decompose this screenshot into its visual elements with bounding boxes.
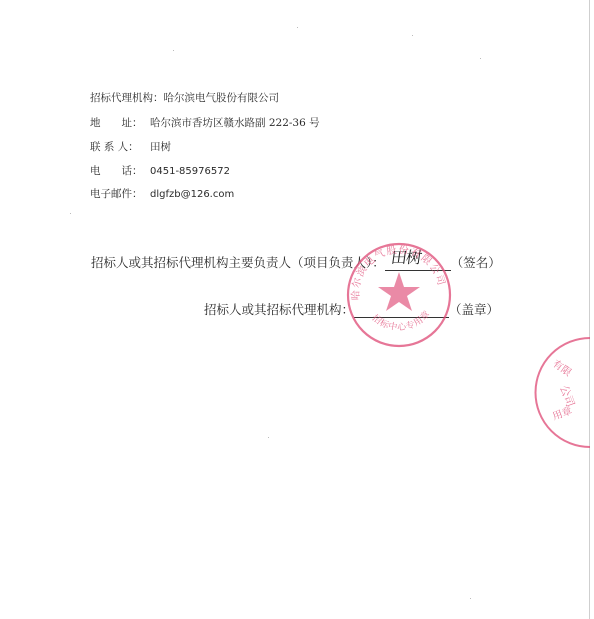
phone-label: 电 话：: [90, 164, 150, 178]
signature-suffix: （签名）: [451, 255, 501, 270]
seal-field: [354, 303, 449, 318]
phone-value: 0451-85976572: [150, 166, 230, 177]
address-label: 地 址：: [90, 116, 150, 130]
partial-edge-stamp: 有限 公司 用章: [530, 335, 590, 450]
svg-text:有限: 有限: [550, 357, 574, 379]
email-line: 电子邮件：dlgfzb@126.com: [90, 187, 234, 202]
svg-text:公司: 公司: [557, 384, 577, 409]
address-value: 哈尔滨市香坊区赣水路副 222-36 号: [150, 117, 320, 129]
responsible-person-label: 招标人或其招标代理机构主要负责人（项目负责人）：: [91, 255, 385, 270]
seal-suffix: （盖章）: [449, 302, 499, 317]
agency-seal-line: 招标人或其招标代理机构：（盖章）: [204, 302, 499, 318]
agency-name-line: 招标代理机构：哈尔滨电气股份有限公司: [90, 91, 279, 105]
responsible-person-signature-line: 招标人或其招标代理机构主要负责人（项目负责人）：田树（签名）: [91, 255, 501, 271]
contact-value: 田树: [150, 141, 171, 153]
agency-seal-label: 招标人或其招标代理机构：: [204, 302, 354, 317]
phone-line: 电 话：0451-85976572: [90, 164, 230, 179]
svg-text:用章: 用章: [551, 404, 574, 423]
address-line: 地 址：哈尔滨市香坊区赣水路副 222-36 号: [90, 116, 320, 130]
handwritten-signature: 田树: [390, 250, 422, 266]
email-label: 电子邮件：: [90, 187, 150, 201]
contact-line: 联 系 人：田树: [90, 140, 171, 154]
agency-name-label: 招标代理机构：: [90, 92, 164, 104]
contact-label: 联 系 人：: [90, 140, 150, 154]
email-value: dlgfzb@126.com: [150, 189, 234, 200]
page-edge-line: [589, 0, 590, 619]
agency-name-value: 哈尔滨电气股份有限公司: [164, 92, 280, 104]
signature-field: 田树: [385, 256, 451, 271]
